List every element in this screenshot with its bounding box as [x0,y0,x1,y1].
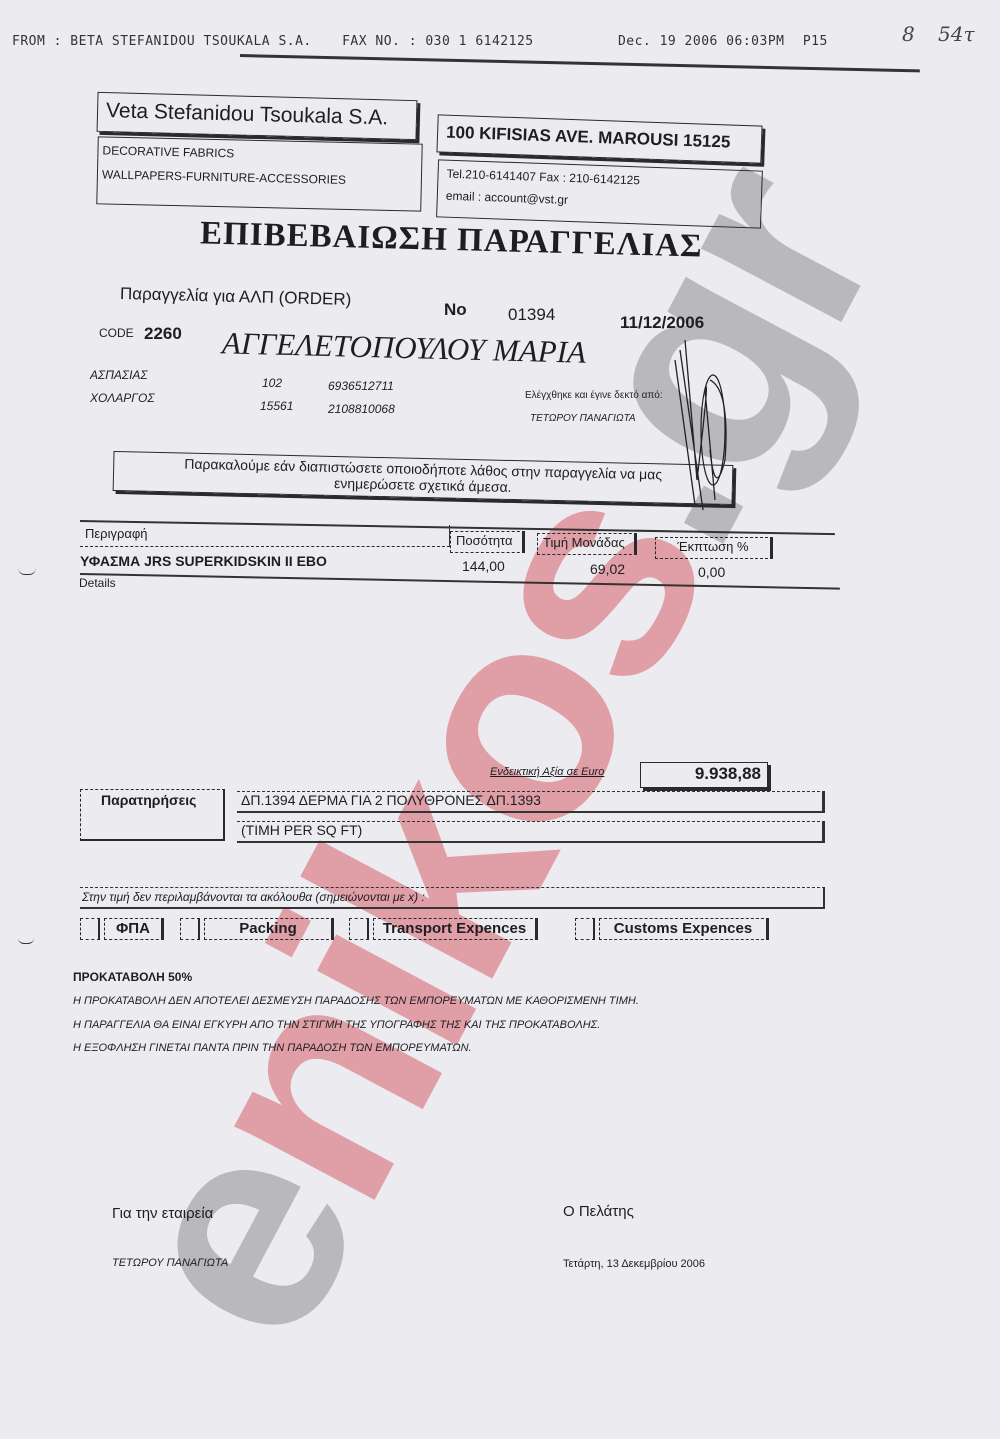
watermark-part-1: e [50,1091,421,1389]
fax-number: FAX NO. : 030 1 6142125 [342,34,534,49]
total-value: 9.938,88 [695,764,767,783]
margin-mark [18,938,34,944]
remarks-label: Παρατηρήσεις [81,790,223,808]
remarks-line-1-box: ΔΠ.1394 ΔΕΡΜΑ ΓΙΑ 2 ΠΟΛΥΘΡΟΝΕΣ ΔΠ.1393 [237,791,825,813]
order-label: Παραγγελία για ΑΛΠ (ORDER) [120,284,352,310]
checkbox-vat[interactable] [80,918,100,940]
item-unit-price: 69,02 [590,561,625,577]
exclusions-box: Στην τιμή δεν περιλαμβάνονται τα ακόλουθ… [80,887,825,909]
item-quantity: 144,00 [462,558,505,574]
terms-line-2: Η ΠΑΡΑΓΓΕΛΙΑ ΘΑ ΕΙΝΑΙ ΕΓΚΥΡΗ ΑΠΟ ΤΗΝ ΣΤΙ… [73,1019,600,1031]
option-transport[interactable]: Transport Expences [349,918,538,940]
order-no-label: No [444,300,467,320]
terms-line-3: Η ΕΞΟΦΛΗΣΗ ΓΙΝΕΤΑΙ ΠΑΝΤΑ ΠΡΙΝ ΤΗΝ ΠΑΡΑΔΟ… [73,1042,472,1054]
table-header-description: Περιγραφή [80,525,450,547]
terms-line-1: Η ΠΡΟΚΑΤΑΒΟΛΗ ΔΕΝ ΑΠΟΤΕΛΕΙ ΔΕΣΜΕΥΣΗ ΠΑΡΑ… [73,995,639,1007]
customer-phone-2: 2108810068 [328,402,395,416]
terms-heading: ΠΡΟΚΑΤΑΒΟΛΗ 50% [73,970,192,984]
customer-city: ΧΟΛΑΡΓΟΣ [90,391,155,405]
handwritten-note-1: 8 [902,22,915,46]
company-address-box: 100 KIFISIAS AVE. MAROUSI 15125 [436,114,762,163]
notice-box: Παρακαλούμε εάν διαπιστώσετε οποιοδήποτε… [113,451,734,505]
total-label: Ενδεικτική Αξία σε Euro [490,766,604,778]
option-customs-label: Customs Expences [599,918,769,940]
remarks-line-2: (ΤΙΜΗ PER SQ FT) [237,822,822,838]
table-row-rule [80,573,840,589]
customer-phone-1: 6936512711 [328,379,394,393]
customer-street: ΑΣΠΑΣΙΑΣ [90,368,148,382]
customer-name: ΑΓΓΕΛΕΤΟΠΟΥΛΟΥ ΜΑΡΙΑ [222,325,587,371]
item-discount: 0,00 [698,564,725,580]
checkbox-packing[interactable] [180,918,200,940]
header-divider [240,54,920,72]
remarks-line-1: ΔΠ.1394 ΔΕΡΜΑ ΓΙΑ 2 ΠΟΛΥΘΡΟΝΕΣ ΔΠ.1393 [237,792,822,808]
fax-page: P15 [803,34,828,49]
remarks-label-box: Παρατηρήσεις [80,789,225,841]
item-description: ΥΦΑΣΜΑ JRS SUPERKIDSKIN II EBO [80,553,327,569]
company-address: 100 KIFISIAS AVE. MAROUSI 15125 [438,115,762,160]
exclusions-label: Στην τιμή δεν περιλαμβάνονται τα ακόλουθ… [80,888,823,906]
option-transport-label: Transport Expences [373,918,538,940]
company-signature-label: Για την εταιρεία [112,1205,213,1222]
option-vat[interactable]: ΦΠΑ [80,918,164,940]
option-customs[interactable]: Customs Expences [575,918,769,940]
company-tagline-box: DECORATIVE FABRICS WALLPAPERS-FURNITURE-… [96,136,422,211]
client-signature-date: Τετάρτη, 13 Δεκεμβρίου 2006 [563,1258,705,1270]
table-header-discount: Έκπτωση % [655,537,773,559]
customer-code: 2260 [144,324,182,344]
verification-name: ΤΕΤΩΡΟΥ ΠΑΝΑΓΙΩΤΑ [530,413,636,424]
customer-postcode: 15561 [260,399,293,413]
option-vat-label: ΦΠΑ [104,918,164,940]
option-packing[interactable]: Packing [180,918,334,940]
customer-street-no: 102 [262,376,282,390]
code-label: CODE [99,326,134,340]
handwritten-note-2: 54τ [938,22,975,46]
checkbox-customs[interactable] [575,918,595,940]
fax-header: FROM : BETA STEFANIDOU TSOUKALA S.A. FAX… [12,34,828,49]
order-number: 01394 [508,305,555,325]
details-label: Details [79,576,116,590]
total-value-box: 9.938,88 [640,762,768,788]
company-name-box: Veta Stefanidou Tsoukala S.A. [97,92,418,140]
option-packing-label: Packing [204,918,334,940]
company-signer-name: ΤΕΤΩΡΟΥ ΠΑΝΑΓΙΩΤΑ [112,1257,228,1269]
client-signature-label: Ο Πελάτης [563,1203,634,1220]
margin-mark [18,568,36,575]
company-name: Veta Stefanidou Tsoukala S.A. [98,93,417,137]
checkbox-transport[interactable] [349,918,369,940]
fax-from: FROM : BETA STEFANIDOU TSOUKALA S.A. [12,34,312,49]
table-header-unit-price: Τιμή Μονάδας [537,533,637,555]
table-header-quantity: Ποσότητα [450,531,525,553]
company-contact-box: Tel.210-6141407 Fax : 210-6142125 email … [436,159,763,228]
fax-datetime: Dec. 19 2006 06:03PM [618,34,785,49]
remarks-line-2-box: (ΤΙΜΗ PER SQ FT) [237,821,825,843]
verification-label: Ελέγχθηκε και έγινε δεκτό από: [525,390,663,401]
